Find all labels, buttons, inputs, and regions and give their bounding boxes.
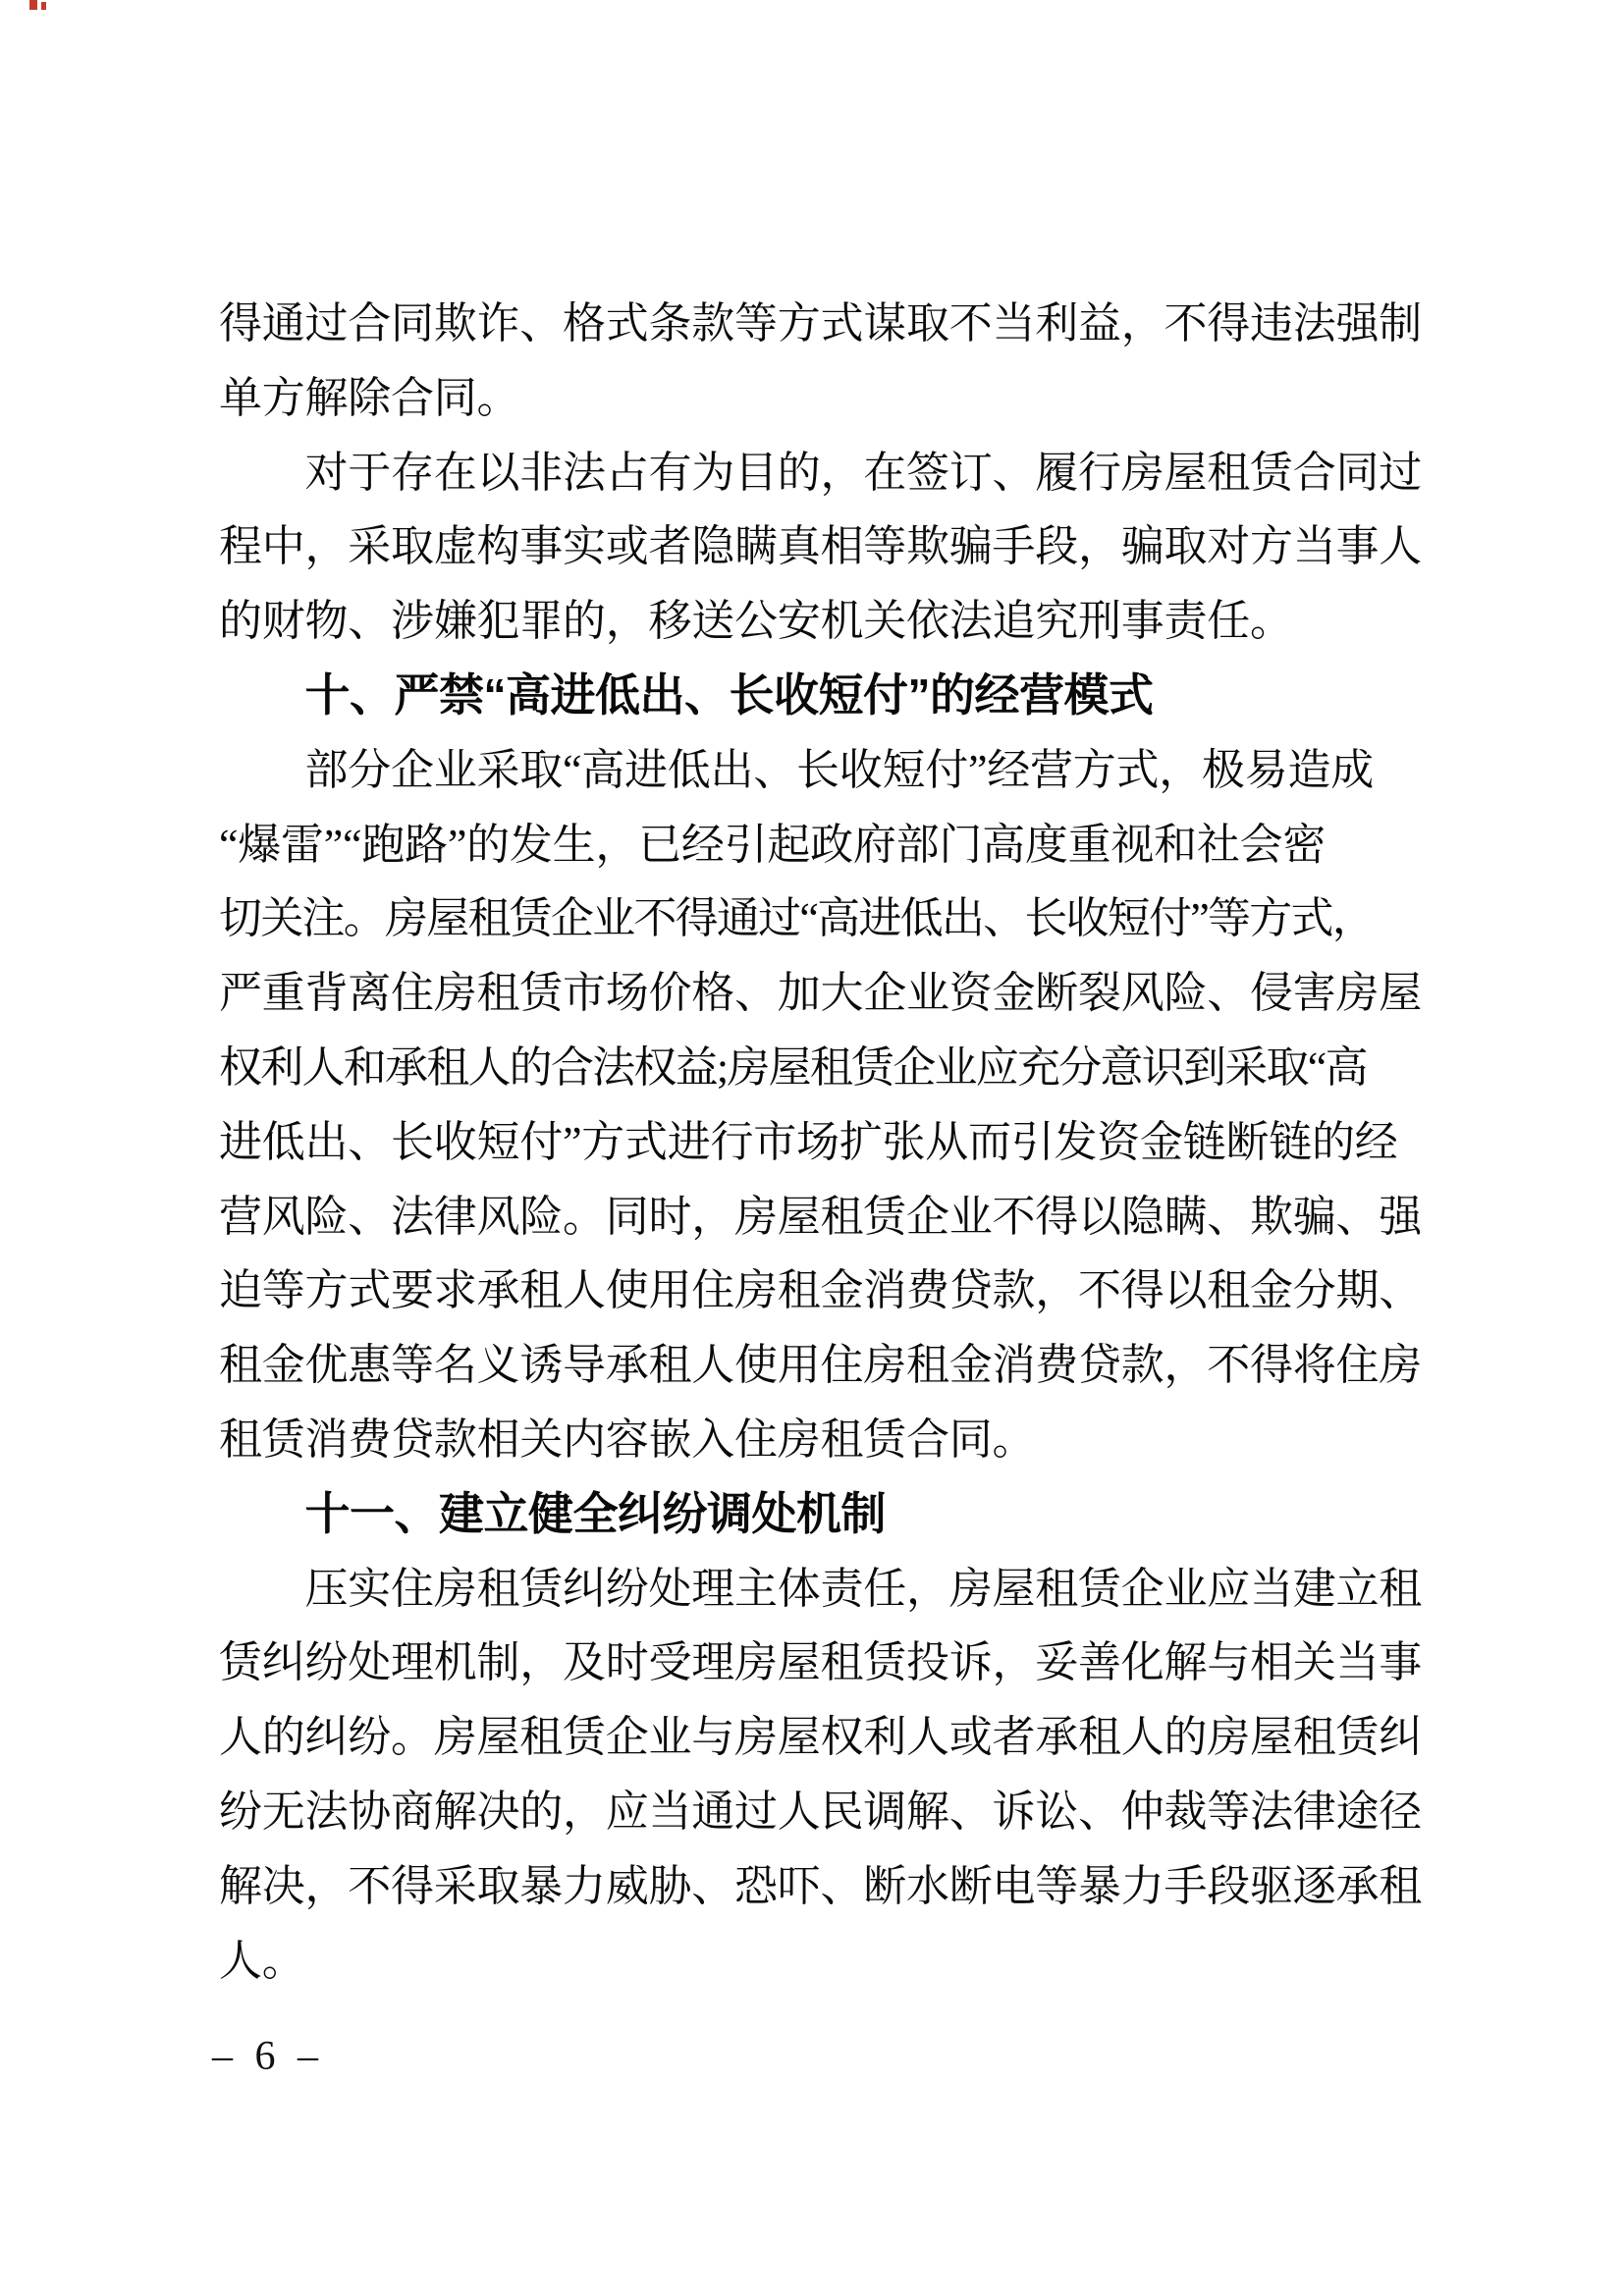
text-line: 得通过合同欺诈、格式条款等方式谋取不当利益，不得违法强制 [219, 287, 1422, 361]
text-line: 权利人和承租人的合法权益;房屋租赁企业应充分意识到采取“高 [219, 1031, 1422, 1105]
text-line: 解决，不得采取暴力威胁、恐吓、断水断电等暴力手段驱逐承租 [219, 1849, 1422, 1924]
text-line: 迫等方式要求承租人使用住房租金消费贷款，不得以租金分期、 [219, 1254, 1422, 1328]
text-line: 单方解除合同。 [219, 361, 1422, 436]
text-line: 部分企业采取“高进低出、长收短付”经营方式，极易造成 [219, 733, 1422, 808]
text-line: 纷无法协商解决的，应当通过人民调解、诉讼、仲裁等法律途径 [219, 1775, 1422, 1849]
text-line: 压实住房租赁纠纷处理主体责任，房屋租赁企业应当建立租 [219, 1552, 1422, 1627]
text-line: 的财物、涉嫌犯罪的，移送公安机关依法追究刑事责任。 [219, 584, 1422, 659]
text-line: 租金优惠等名义诱导承租人使用住房租金消费贷款，不得将住房 [219, 1328, 1422, 1403]
text-line: “爆雷”“跑路”的发生，已经引起政府部门高度重视和社会密 [219, 808, 1422, 882]
text-block: 得通过合同欺诈、格式条款等方式谋取不当利益，不得违法强制单方解除合同。对于存在以… [219, 287, 1422, 1998]
text-line: 人的纠纷。房屋租赁企业与房屋权利人或者承租人的房屋租赁纠 [219, 1700, 1422, 1775]
text-line: 对于存在以非法占有为目的，在签订、履行房屋租赁合同过 [219, 436, 1422, 510]
section-heading: 十、严禁“高进低出、长收短付”的经营模式 [219, 659, 1422, 733]
text-line: 严重背离住房租赁市场价格、加大企业资金断裂风险、侵害房屋 [219, 956, 1422, 1031]
document-page: 得通过合同欺诈、格式条款等方式谋取不当利益，不得违法强制单方解除合同。对于存在以… [0, 0, 1624, 2296]
text-line: 进低出、长收短付”方式进行市场扩张从而引发资金链断链的经 [219, 1105, 1422, 1180]
text-line: 赁纠纷处理机制，及时受理房屋租赁投诉，妥善化解与相关当事 [219, 1626, 1422, 1700]
scan-artifact [41, 2, 46, 10]
text-line: 切关注。房屋租赁企业不得通过“高进低出、长收短付”等方式， [219, 881, 1422, 956]
section-heading: 十一、建立健全纠纷调处机制 [219, 1477, 1422, 1552]
text-line: 程中，采取虚构事实或者隐瞒真相等欺骗手段，骗取对方当事人 [219, 509, 1422, 584]
text-line: 人。 [219, 1924, 1422, 1999]
text-line: 租赁消费贷款相关内容嵌入住房租赁合同。 [219, 1403, 1422, 1477]
scan-artifact [29, 0, 37, 10]
page-number: – 6 – [212, 2028, 324, 2085]
text-line: 营风险、法律风险。同时，房屋租赁企业不得以隐瞒、欺骗、强 [219, 1180, 1422, 1255]
